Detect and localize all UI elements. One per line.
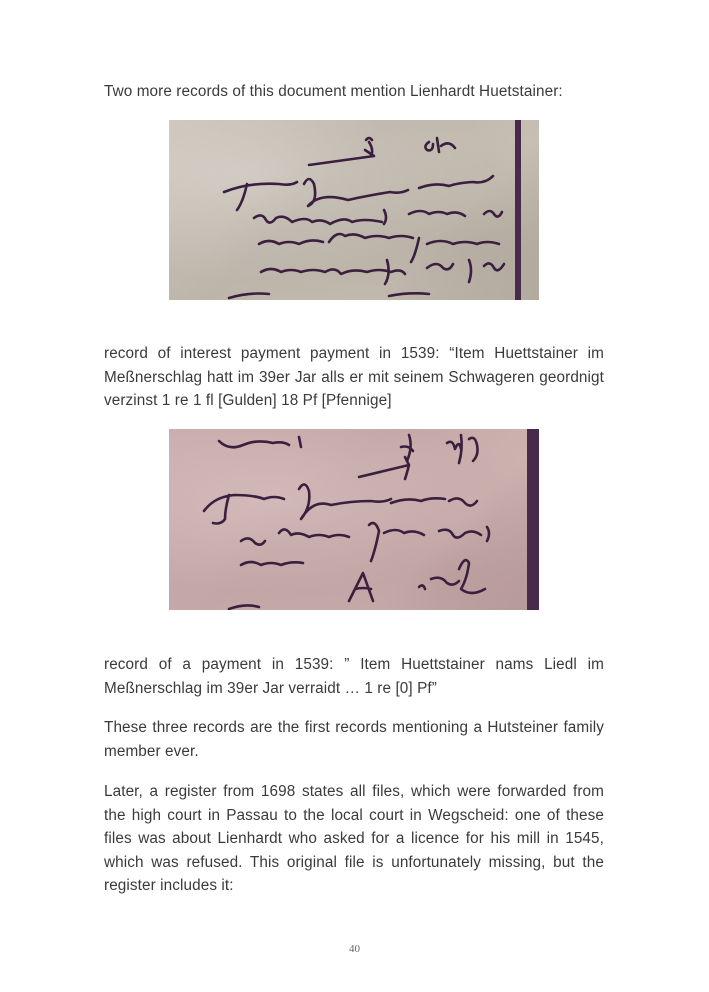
handwriting-illustration (169, 120, 539, 300)
caption-record-interest-payment: record of interest payment payment in 15… (104, 342, 604, 413)
paragraph-register-1698: Later, a register from 1698 states all f… (104, 780, 604, 898)
manuscript-image-1 (169, 120, 539, 300)
manuscript-image-2 (169, 429, 539, 610)
page-number: 40 (0, 943, 709, 955)
handwriting-illustration (169, 429, 539, 610)
caption-record-payment: record of a payment in 1539: ” Item Huet… (104, 653, 604, 700)
intro-paragraph: Two more records of this document mentio… (104, 80, 604, 104)
paragraph-first-records: These three records are the first record… (104, 716, 604, 763)
